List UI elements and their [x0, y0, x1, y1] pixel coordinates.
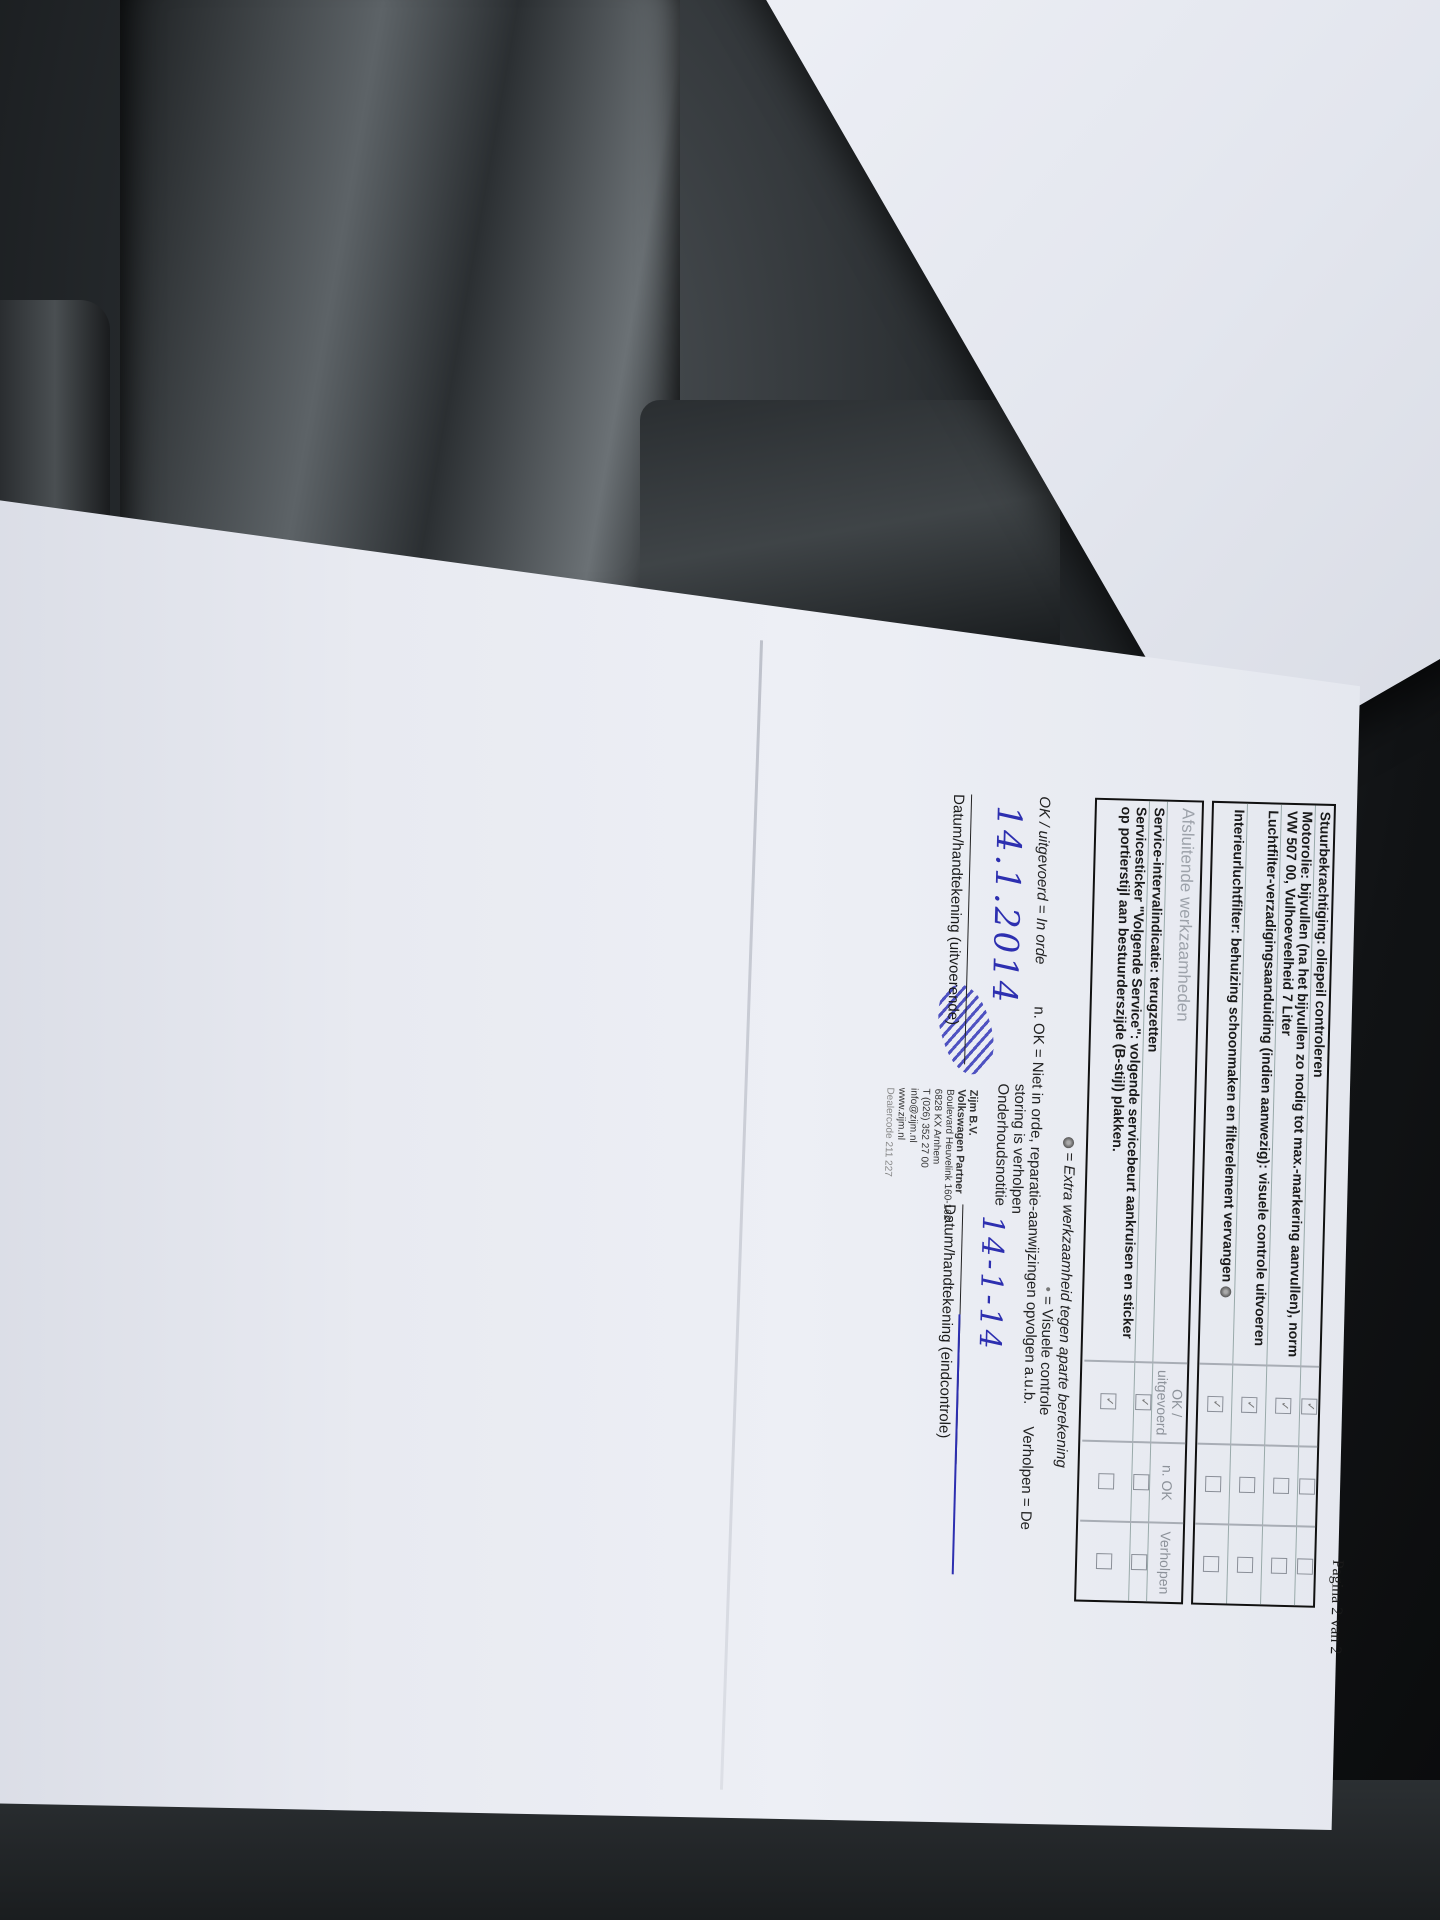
verholpen-checkbox[interactable] — [1131, 1554, 1147, 1570]
n-ok-checkbox[interactable] — [1273, 1478, 1289, 1494]
legend-extra: = Extra werkzaamheid tegen aparte bereke… — [1053, 1152, 1078, 1468]
n-ok-checkbox[interactable] — [1133, 1474, 1149, 1490]
ok-checkbox-checked[interactable]: ✓ — [1241, 1397, 1257, 1413]
verholpen-checkbox[interactable] — [1271, 1558, 1287, 1574]
n-ok-checkbox[interactable] — [1098, 1473, 1114, 1489]
verholpen-checkbox[interactable] — [1297, 1558, 1313, 1574]
column-ok: OK / uitgevoerd — [1151, 1361, 1187, 1442]
final-signature-label: Datum/handtekening (eindcontrole) — [935, 1204, 958, 1439]
ok-checkbox-checked[interactable]: ✓ — [1301, 1398, 1317, 1414]
verholpen-checkbox[interactable] — [1096, 1553, 1112, 1569]
visual-check-dot-icon: • — [1039, 1286, 1056, 1292]
seat-backrest — [120, 0, 680, 620]
checklist-document: Pagina 2 van 2 Stuurbekrachtiging: oliep… — [789, 790, 1372, 1684]
extra-work-marker-icon — [1220, 1286, 1231, 1297]
final-tasks-table: Afsluitende werkzaamheden OK / uitgevoer… — [1074, 798, 1204, 1605]
dealer-info: Zijm B.V. Volkswagen Partner Boulevard H… — [880, 1087, 979, 1221]
n-ok-checkbox[interactable] — [1205, 1476, 1221, 1492]
n-ok-checkbox[interactable] — [1239, 1477, 1255, 1493]
column-n-ok: n. OK — [1149, 1441, 1185, 1522]
legend-ok: OK / uitgevoerd = In orde — [1032, 796, 1053, 964]
handwritten-date-final: 14-1-14 — [981, 1215, 1002, 1352]
ok-checkbox-checked[interactable]: ✓ — [1135, 1394, 1151, 1410]
maintenance-note-label: Onderhoudsnotitie — [991, 1083, 1011, 1206]
handwritten-date-executor: 14.1.2014 — [995, 805, 1017, 1005]
n-ok-checkbox[interactable] — [1299, 1478, 1315, 1494]
page-indicator: Pagina 2 van 2 — [1327, 1559, 1346, 1654]
legend-n-ok-continued: storing is verholpen — [1008, 1084, 1028, 1214]
ok-checkbox-checked[interactable]: ✓ — [1207, 1396, 1223, 1412]
ok-checkbox-checked[interactable]: ✓ — [1101, 1393, 1117, 1409]
verholpen-checkbox[interactable] — [1203, 1556, 1219, 1572]
ok-checkbox-checked[interactable]: ✓ — [1275, 1398, 1291, 1414]
verholpen-checkbox[interactable] — [1237, 1557, 1253, 1573]
extra-work-marker-icon — [1063, 1137, 1074, 1148]
legend-verholpen: Verholpen = De — [1017, 1426, 1037, 1530]
column-verholpen: Verholpen — [1147, 1521, 1183, 1602]
maintenance-table: Stuurbekrachtiging: oliepeil controleren… — [1191, 801, 1336, 1608]
